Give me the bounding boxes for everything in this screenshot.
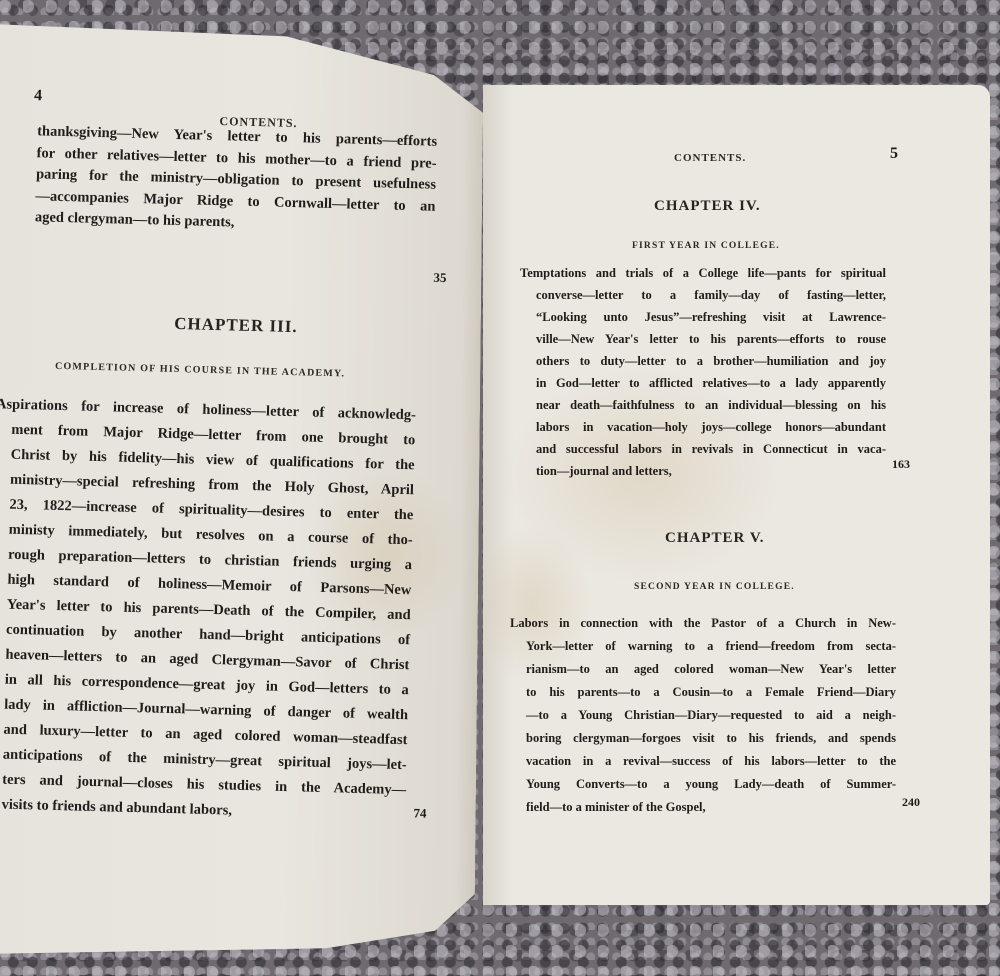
chapter-2-page-ref: 35	[433, 270, 446, 286]
chapter-4-title: CHAPTER IV.	[654, 198, 761, 215]
summary-line: Temptations and trials of a College life…	[520, 262, 886, 284]
chapter-4-subtitle: FIRST YEAR IN COLLEGE.	[632, 241, 780, 251]
chapter-3-title: CHAPTER III.	[174, 314, 298, 337]
chapter-2-continued-summary: thanksgiving—New Year's letter to his pa…	[35, 121, 438, 239]
chapter-5-summary: Labors in connection with the Pastor of …	[526, 612, 896, 819]
summary-line: ville—New Year's letter to his parents—e…	[536, 328, 886, 350]
summary-line: near death—faithfulness to an individual…	[536, 394, 886, 416]
summary-line: in God—letter to afflicted relatives—to …	[536, 372, 886, 394]
summary-line: labors in vacation—holy joys—college hon…	[536, 416, 886, 438]
summary-line: “Looking unto Jesus”—refreshing visit at…	[536, 306, 886, 328]
summary-line: converse—letter to a family—day of fasti…	[536, 284, 886, 306]
left-page-content: 4 CONTENTS. thanksgiving—New Year's lett…	[0, 24, 480, 967]
summary-line: boring clergyman—forgoes visit to his fr…	[526, 727, 896, 750]
chapter-3-subtitle: COMPLETION OF HIS COURSE IN THE ACADEMY.	[55, 361, 345, 380]
chapter-3-page-ref: 74	[413, 805, 426, 821]
chapter-4-page-ref: 163	[892, 457, 910, 472]
running-head-right: CONTENTS.	[674, 152, 746, 164]
summary-line: field—to a minister of the Gospel,	[526, 796, 896, 819]
chapter-4-summary: Temptations and trials of a College life…	[536, 262, 886, 482]
summary-line: tion—journal and letters,	[536, 460, 886, 482]
summary-line: Labors in connection with the Pastor of …	[510, 612, 896, 635]
right-book-page: CONTENTS. 5 CHAPTER IV. FIRST YEAR IN CO…	[483, 85, 990, 905]
summary-line: rianism—to an aged colored woman—New Yea…	[526, 658, 896, 681]
chapter-5-title: CHAPTER V.	[665, 530, 764, 547]
summary-line: Young Converts—to a young Lady—death of …	[526, 773, 896, 796]
summary-line: to his parents—to a Cousin—to a Female F…	[526, 681, 896, 704]
left-book-page: 4 CONTENTS. thanksgiving—New Year's lett…	[0, 24, 484, 959]
page-number-right: 5	[890, 145, 898, 163]
summary-line: —to a Young Christian—Diary—requested to…	[526, 704, 896, 727]
page-number-left: 4	[34, 87, 42, 105]
chapter-5-subtitle: SECOND YEAR IN COLLEGE.	[634, 582, 795, 592]
summary-line: others to duty—letter to a brother—humil…	[536, 350, 886, 372]
chapter-5-page-ref: 240	[902, 795, 920, 810]
summary-line: and successful labors in revivals in Con…	[536, 438, 886, 460]
chapter-3-summary: Aspirations for increase of holiness—let…	[1, 393, 416, 828]
summary-line: York—letter of warning to a friend—freed…	[526, 635, 896, 658]
summary-line: vacation in a revival—success of his lab…	[526, 750, 896, 773]
